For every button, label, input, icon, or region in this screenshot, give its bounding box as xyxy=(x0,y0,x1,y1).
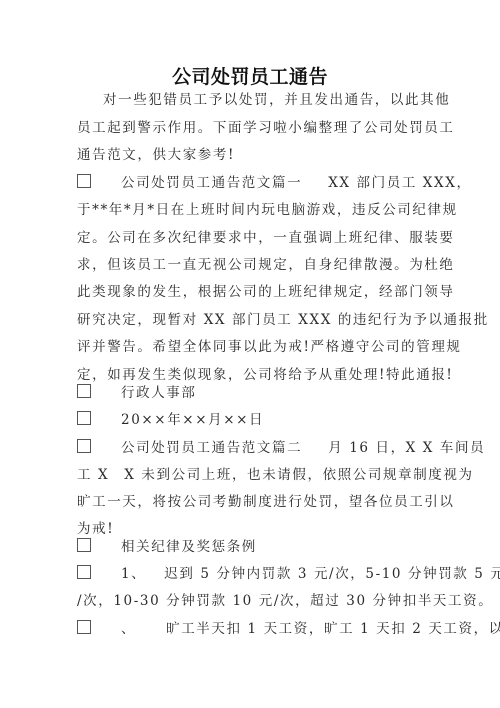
checkbox-glyph-icon xyxy=(77,411,91,425)
rules-heading: 相关纪律及奖惩条例 xyxy=(121,539,257,555)
intro-line: 通告范文，供大家参考! xyxy=(77,146,235,164)
body-line: 研究决定，现暂对 XX 部门员工 XXX 的违纪行为予以通报批 xyxy=(77,311,489,329)
sample1-heading-tail: XX 部门员工 XXX， xyxy=(328,175,471,191)
checkbox-glyph-icon xyxy=(77,174,91,188)
body-line: 评并警告。希望全体同事以此为戒!严格遵守公司的管理规 xyxy=(77,338,462,356)
checkbox-glyph-icon xyxy=(77,620,91,634)
checkbox-glyph-icon xyxy=(77,384,91,398)
sample2-heading: 公司处罚员工通告范文篇二 xyxy=(121,440,302,456)
rules-heading-line: 相关纪律及奖惩条例 xyxy=(77,538,257,556)
signature: 行政人事部 xyxy=(121,385,197,401)
body-line: 定。公司在多次纪律要求中，一直强调上班纪律、服装要 xyxy=(77,229,455,247)
rule-text: 迟到 5 分钟内罚款 3 元/次，5-10 分钟罚款 5 元 xyxy=(164,566,500,582)
rule-item-1: 1、迟到 5 分钟内罚款 3 元/次，5-10 分钟罚款 5 元 xyxy=(77,565,500,583)
document-title: 公司处罚员工通告 xyxy=(0,62,500,89)
body-line: 此类现象的发生，根据公司的上班纪律规定，经部门领导 xyxy=(77,283,455,301)
body-line: 旷工一天，将按公司考勤制度进行处罚，望各位员工引以 xyxy=(77,493,455,511)
checkbox-glyph-icon xyxy=(77,439,91,453)
body-line: 工 X X 未到公司上班，也未请假，依照公司规章制度视为 xyxy=(77,466,474,484)
body-line: 于**年*月*日在上班时间内玩电脑游戏，违反公司纪律规 xyxy=(77,201,458,219)
signature-line: 行政人事部 xyxy=(77,384,197,402)
checkbox-glyph-icon xyxy=(77,565,91,579)
intro-line: 对一些犯错员工予以处罚，并且发出通告，以此其他 xyxy=(103,91,450,109)
checkbox-glyph-icon xyxy=(77,538,91,552)
body-line: 求，但该员工一直无视公司规定，自身纪律散漫。为杜绝 xyxy=(77,256,455,274)
sample1-heading-line: 公司处罚员工通告范文篇一XX 部门员工 XXX， xyxy=(77,174,472,192)
rule-item-2: 、旷工半天扣 1 天工资，旷工 1 天扣 2 天工资，以 xyxy=(77,620,500,638)
body-line: 为戒! xyxy=(77,520,114,538)
rule-number: 、 xyxy=(121,621,136,637)
sample2-heading-line: 公司处罚员工通告范文篇二月 16 日，X X 车间员 xyxy=(77,439,485,457)
body-line: 定，如再发生类似现象，公司将给予从重处理!特此通报! xyxy=(77,366,453,384)
sample2-heading-tail: 月 16 日，X X 车间员 xyxy=(328,440,485,456)
rule-text: 旷工半天扣 1 天工资，旷工 1 天扣 2 天工资，以 xyxy=(166,621,500,637)
intro-line: 员工起到警示作用。下面学习啦小编整理了公司处罚员工 xyxy=(77,119,455,137)
date-line: 20××年××月××日 xyxy=(77,411,264,429)
sample1-heading: 公司处罚员工通告范文篇一 xyxy=(121,175,302,191)
rule-number: 1、 xyxy=(121,566,146,582)
rule-item-1-cont: /次，10-30 分钟罚款 10 元/次，超过 30 分钟扣半天工资。 xyxy=(77,592,493,610)
date: 20××年××月××日 xyxy=(121,412,264,428)
